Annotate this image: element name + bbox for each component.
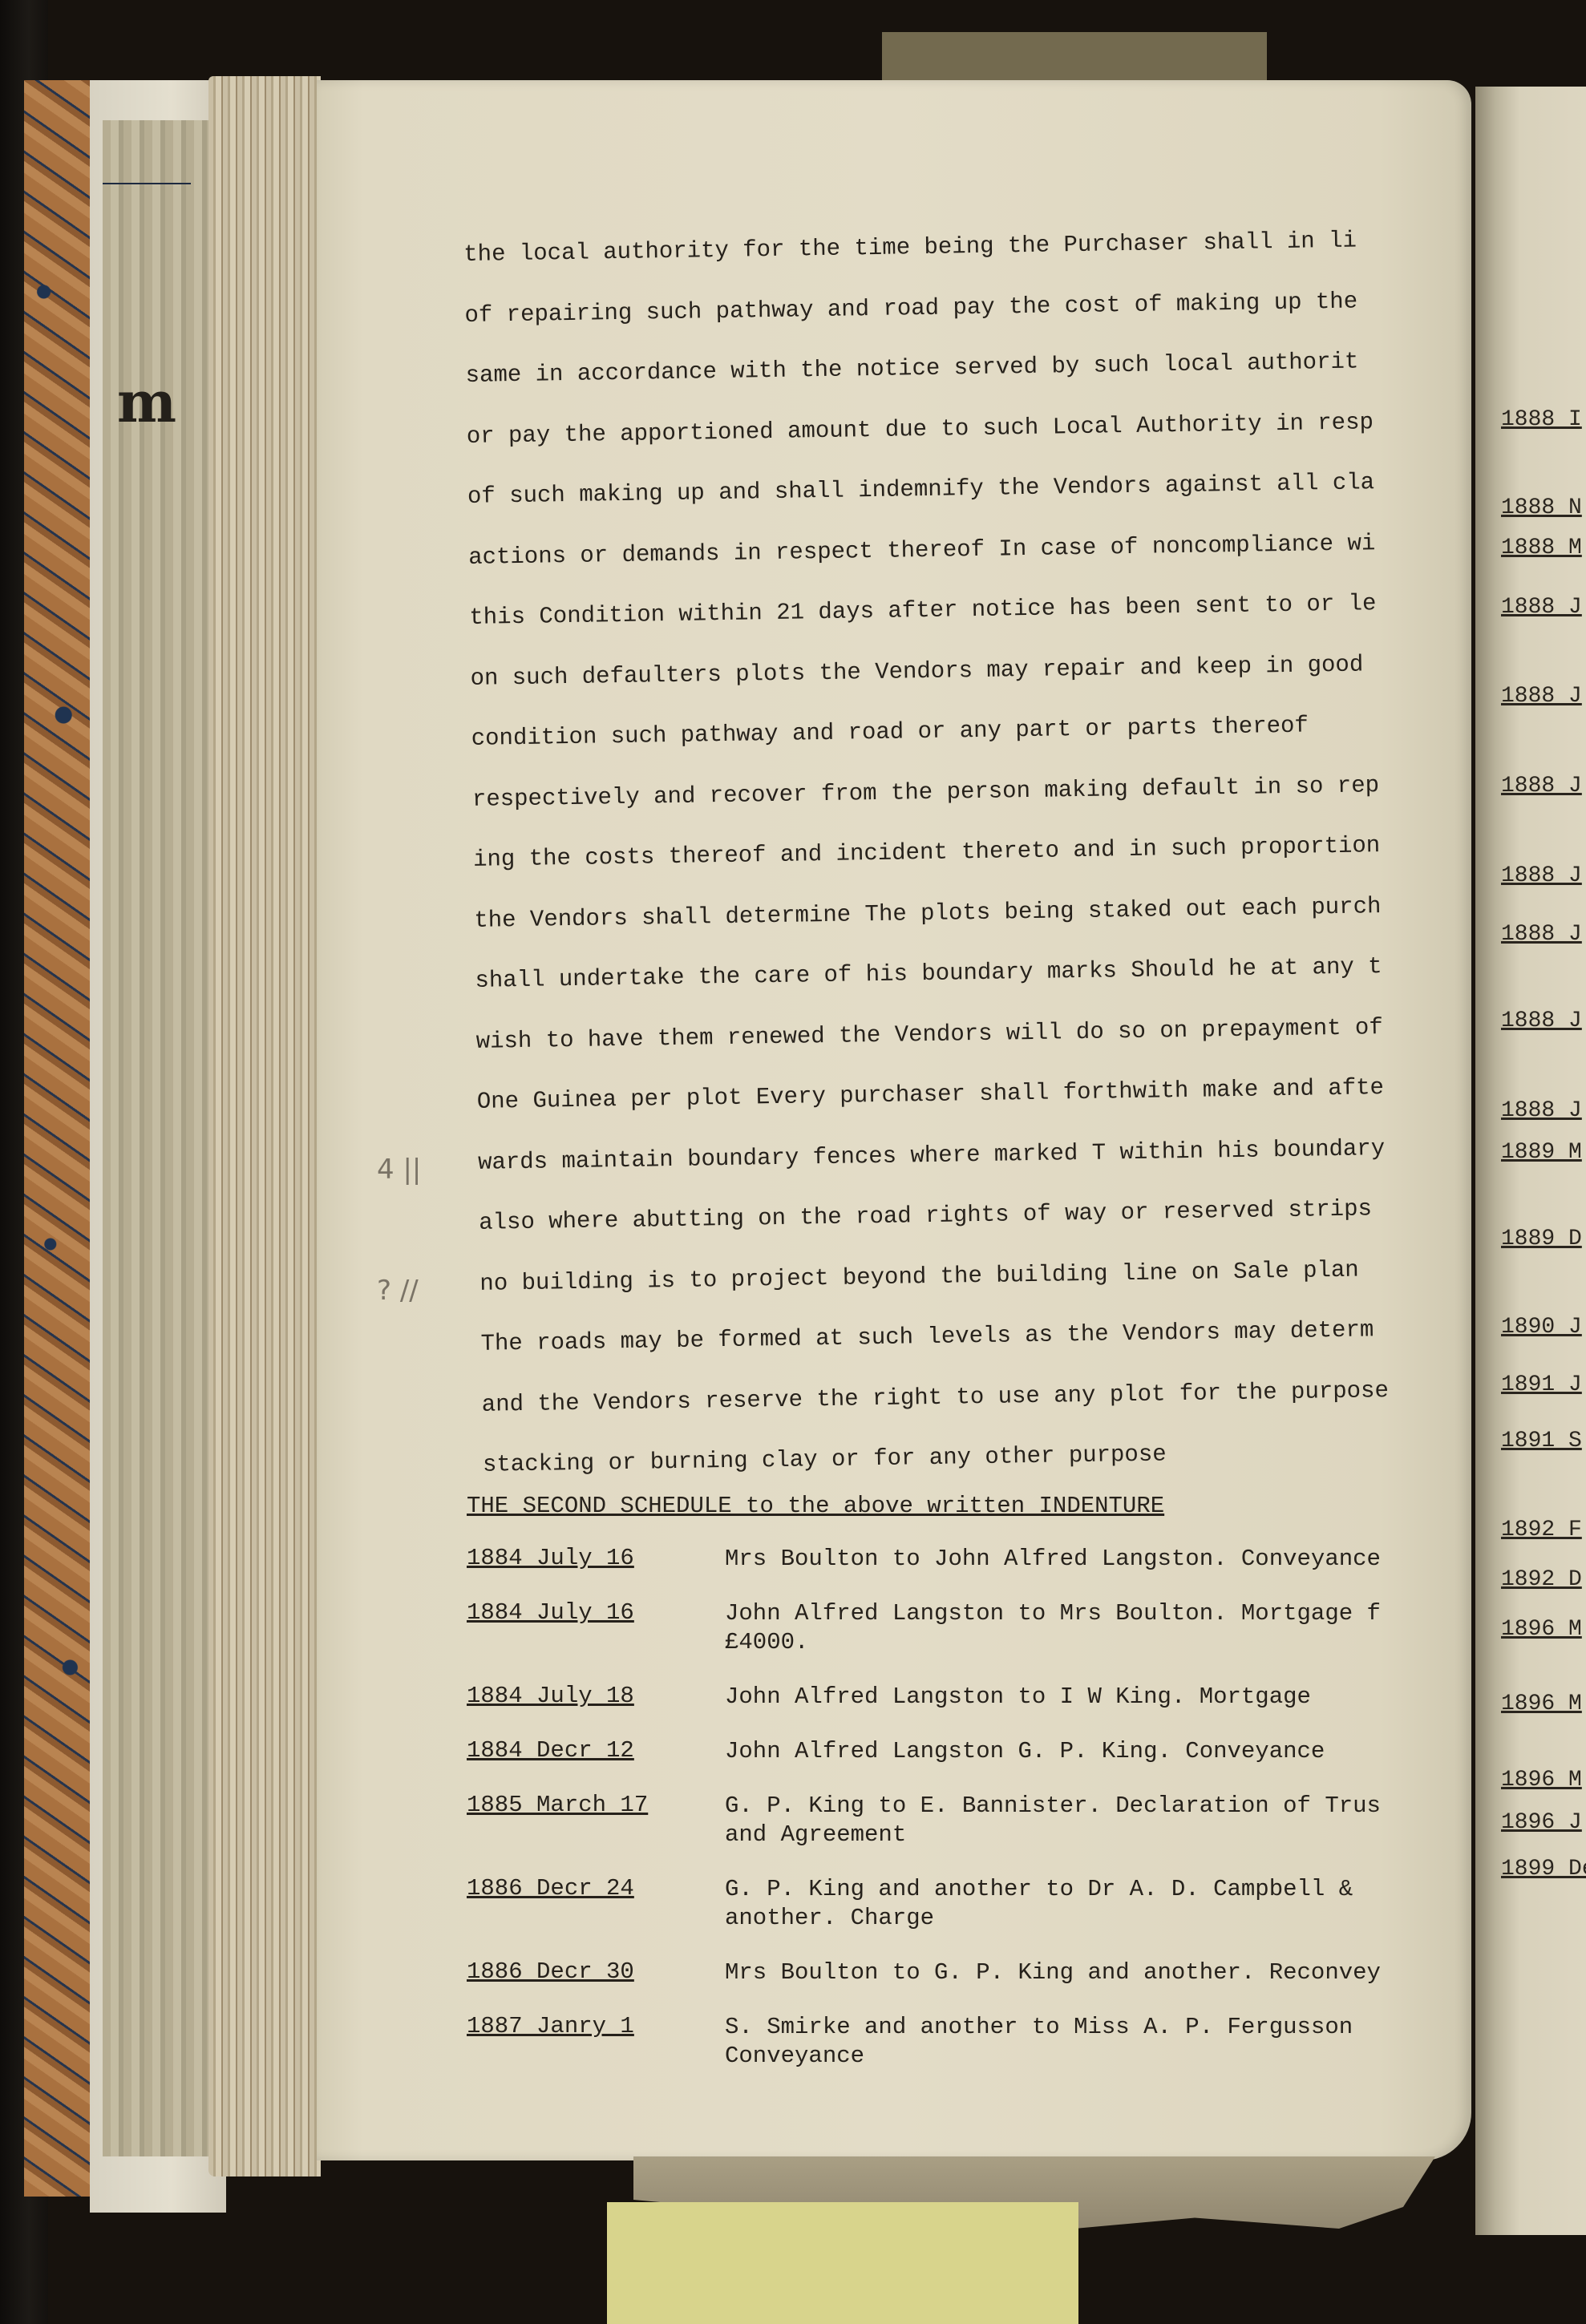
entry-date-text: 1886 Decr 30 — [467, 1958, 634, 1985]
marbled-endpaper — [24, 80, 91, 2197]
schedule-entry: 1886 Decr 24G. P. King and another to Dr… — [467, 1875, 1477, 1933]
entry-description: John Alfred Langston to I W King. Mortga… — [725, 1683, 1311, 1712]
entry-description-line: G. P. King to E. Bannister. Declaration … — [725, 1792, 1381, 1821]
entry-description-line: G. P. King and another to Dr A. D. Campb… — [725, 1875, 1353, 1904]
schedule-entry: 1884 July 16John Alfred Langston to Mrs … — [467, 1599, 1477, 1657]
entry-description-line: and Agreement — [725, 1821, 1381, 1849]
binding-tape-top — [882, 32, 1267, 80]
entry-date: 1884 July 16 — [467, 1545, 725, 1574]
pencil-margin-note: 4 || — [377, 1154, 421, 1186]
facing-page-date: 1889 D — [1501, 1227, 1582, 1251]
schedule-title: THE SECOND SCHEDULE to the above written… — [467, 1493, 1477, 1519]
facing-page-date: 1888 J — [1501, 863, 1582, 888]
schedule-entry: 1884 July 16Mrs Boulton to John Alfred L… — [467, 1545, 1477, 1574]
entry-date-text: 1884 Decr 12 — [467, 1737, 634, 1764]
entry-date-text: 1884 July 16 — [467, 1545, 634, 1571]
facing-page-date: 1892 D — [1501, 1567, 1582, 1592]
facing-page-date: 1888 J — [1501, 1098, 1582, 1123]
entry-description-line: another. Charge — [725, 1904, 1353, 1933]
conditions-paragraph: the local authority for the time being t… — [463, 224, 1494, 1511]
facing-page-date: 1888 J — [1501, 1008, 1582, 1033]
entry-date-text: 1884 July 16 — [467, 1599, 634, 1626]
facing-page-date: 1889 M — [1501, 1140, 1582, 1165]
schedule-entry: 1885 March 17G. P. King to E. Bannister.… — [467, 1792, 1477, 1849]
facing-page-date: 1896 J — [1501, 1810, 1582, 1835]
facing-page-date: 1896 M — [1501, 1617, 1582, 1642]
entry-date: 1884 Decr 12 — [467, 1737, 725, 1766]
entry-description: G. P. King to E. Bannister. Declaration … — [725, 1792, 1381, 1849]
facing-page-date: 1899 De — [1501, 1857, 1586, 1881]
entry-description-line: Conveyance — [725, 2042, 1353, 2071]
schedule-entry: 1884 July 18John Alfred Langston to I W … — [467, 1683, 1477, 1712]
facing-page-date: 1888 J — [1501, 922, 1582, 947]
entry-description: John Alfred Langston G. P. King. Conveya… — [725, 1737, 1325, 1766]
facing-page-date: 1888 J — [1501, 595, 1582, 620]
facing-page-date: 1896 M — [1501, 1691, 1582, 1716]
spine-label: m — [117, 369, 173, 435]
yellow-marker-slip — [607, 2202, 1078, 2324]
entry-date: 1884 July 18 — [467, 1683, 725, 1712]
entry-date-text: 1887 Janry 1 — [467, 2013, 634, 2039]
facing-page-date: 1888 M — [1501, 536, 1582, 560]
entry-date-text: 1885 March 17 — [467, 1792, 648, 1818]
facing-page-date: 1891 S — [1501, 1429, 1582, 1453]
page-stack-edges — [208, 76, 321, 2176]
entry-description: Mrs Boulton to G. P. King and another. R… — [725, 1958, 1381, 1987]
entry-description-line: John Alfred Langston G. P. King. Conveya… — [725, 1737, 1325, 1766]
entry-description-line: S. Smirke and another to Miss A. P. Ferg… — [725, 2013, 1353, 2042]
entry-description: Mrs Boulton to John Alfred Langston. Con… — [725, 1545, 1381, 1574]
second-schedule: THE SECOND SCHEDULE to the above written… — [467, 1493, 1477, 2096]
entry-description: S. Smirke and another to Miss A. P. Ferg… — [725, 2013, 1353, 2071]
facing-page-date: 1888 N — [1501, 495, 1582, 520]
entry-description: G. P. King and another to Dr A. D. Campb… — [725, 1875, 1353, 1933]
entry-description-line: John Alfred Langston to Mrs Boulton. Mor… — [725, 1599, 1381, 1628]
schedule-entry: 1887 Janry 1S. Smirke and another to Mis… — [467, 2013, 1477, 2071]
spine-rule — [103, 183, 191, 184]
entry-description: John Alfred Langston to Mrs Boulton. Mor… — [725, 1599, 1381, 1657]
entry-description-line: John Alfred Langston to I W King. Mortga… — [725, 1683, 1311, 1712]
entry-description-line: Mrs Boulton to John Alfred Langston. Con… — [725, 1545, 1381, 1574]
entry-date: 1885 March 17 — [467, 1792, 725, 1849]
schedule-entries: 1884 July 16Mrs Boulton to John Alfred L… — [467, 1545, 1477, 2071]
facing-page-dates: 1888 I1888 N1888 M1888 J1888 J1888 J1888… — [1501, 0, 1586, 2324]
entry-date: 1887 Janry 1 — [467, 2013, 725, 2071]
entry-date-text: 1886 Decr 24 — [467, 1875, 634, 1902]
schedule-entry: 1886 Decr 30Mrs Boulton to G. P. King an… — [467, 1958, 1477, 1987]
facing-page-date: 1892 F — [1501, 1518, 1582, 1542]
facing-page-date: 1888 J — [1501, 774, 1582, 798]
pencil-margin-note: ? // — [377, 1275, 419, 1307]
facing-page-date: 1896 M — [1501, 1768, 1582, 1793]
entry-date: 1886 Decr 30 — [467, 1958, 725, 1987]
facing-page-date: 1891 J — [1501, 1372, 1582, 1397]
entry-description-line: Mrs Boulton to G. P. King and another. R… — [725, 1958, 1381, 1987]
entry-description-line: £4000. — [725, 1628, 1381, 1657]
entry-date: 1884 July 16 — [467, 1599, 725, 1657]
facing-page-date: 1890 J — [1501, 1315, 1582, 1340]
facing-page-date: 1888 I — [1501, 407, 1582, 432]
entry-date: 1886 Decr 24 — [467, 1875, 725, 1933]
schedule-entry: 1884 Decr 12John Alfred Langston G. P. K… — [467, 1737, 1477, 1766]
entry-date-text: 1884 July 18 — [467, 1683, 634, 1709]
facing-page-date: 1888 J — [1501, 684, 1582, 709]
